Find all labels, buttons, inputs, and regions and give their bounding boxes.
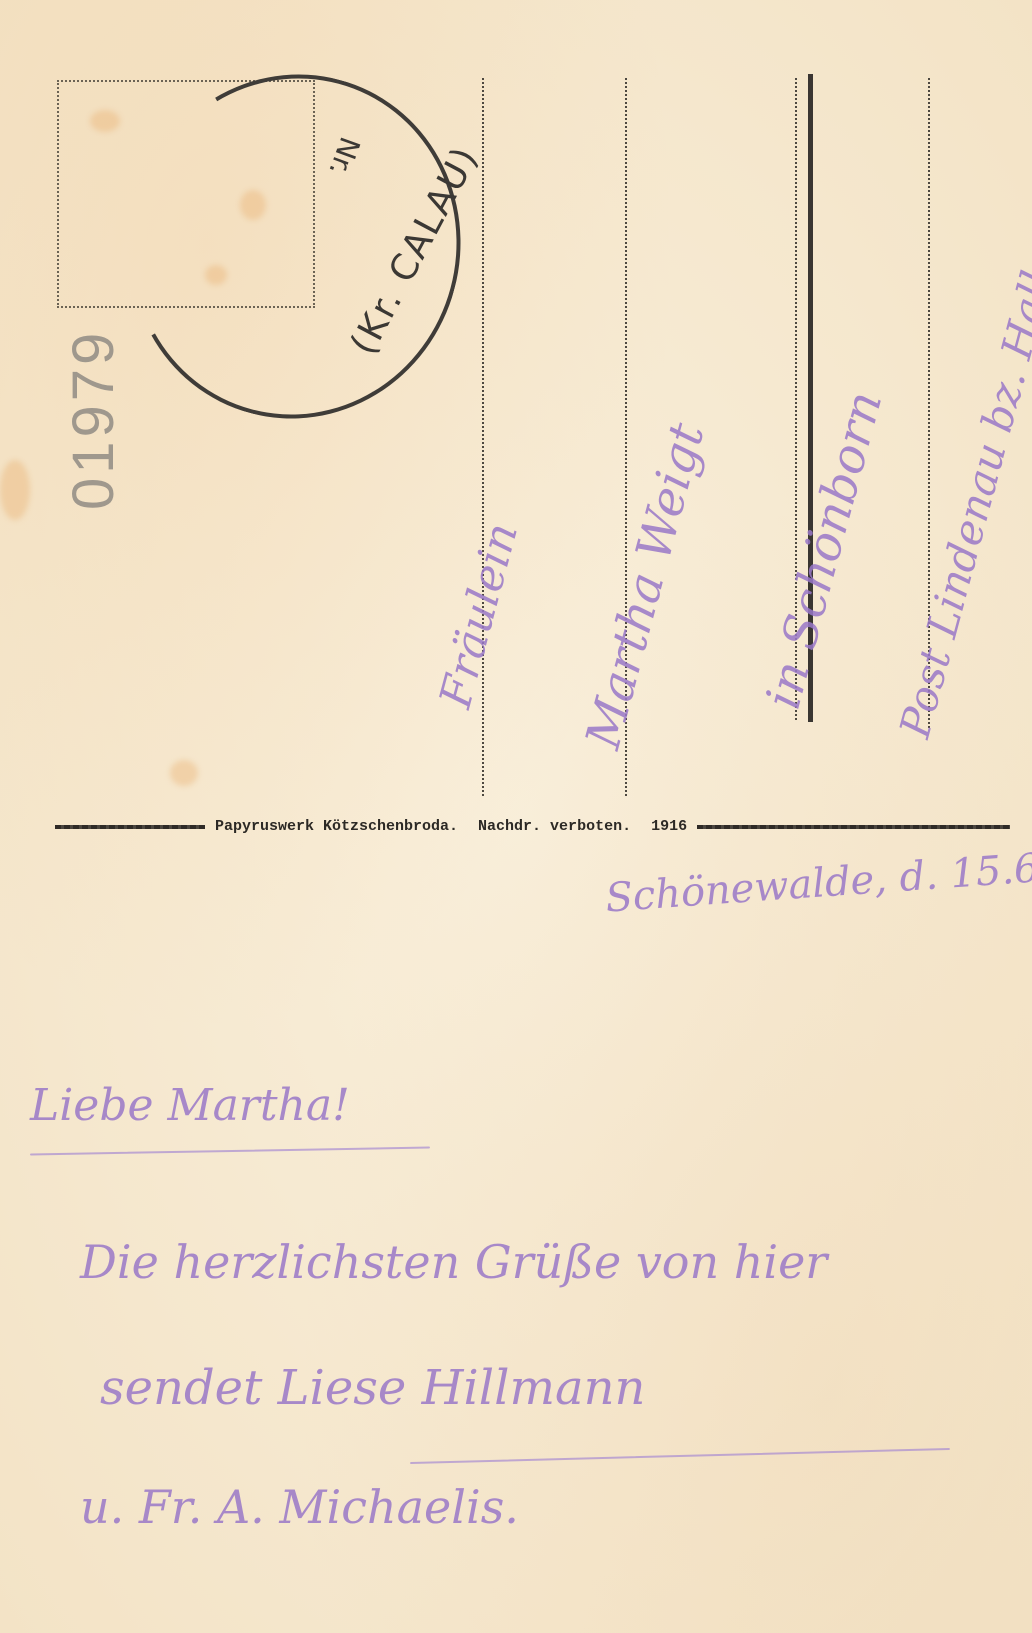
pencil-catalog-number: 01979 bbox=[60, 329, 127, 510]
message-line-2: sendet Liese Hillmann bbox=[100, 1360, 645, 1416]
salutation-underline bbox=[30, 1147, 430, 1156]
signature-underline bbox=[410, 1448, 950, 1464]
imprint-publisher: Papyruswerk Kötzschenbroda. bbox=[205, 818, 468, 835]
message-line-3: u. Fr. A. Michaelis. bbox=[80, 1480, 519, 1534]
message-line-1: Die herzlichsten Grüße von hier bbox=[80, 1235, 827, 1289]
imprint-rule-left bbox=[55, 825, 205, 829]
publisher-imprint: Papyruswerk Kötzschenbroda. Nachdr. verb… bbox=[55, 818, 1010, 835]
foxing-stain bbox=[90, 110, 120, 132]
foxing-stain bbox=[170, 760, 198, 786]
address-line-post: Post Lindenau bz. Halle bbox=[890, 242, 1032, 743]
imprint-rule-right bbox=[697, 825, 1010, 829]
address-line-name: Martha Weigt bbox=[575, 417, 716, 754]
address-line-frl: Fräulein bbox=[430, 518, 528, 713]
postcard: Nr. (Kr. CALAU) 01979 Fräulein Martha We… bbox=[0, 0, 1032, 1633]
foxing-stain bbox=[0, 460, 30, 520]
address-line-place: in Schönborn bbox=[755, 386, 893, 715]
imprint-year: 1916 bbox=[641, 818, 697, 835]
message-salutation: Liebe Martha! bbox=[30, 1080, 350, 1131]
imprint-notice: Nachdr. verboten. bbox=[468, 818, 641, 835]
sender-place-date: Schönewalde, d. 15.6. bbox=[604, 844, 1032, 921]
